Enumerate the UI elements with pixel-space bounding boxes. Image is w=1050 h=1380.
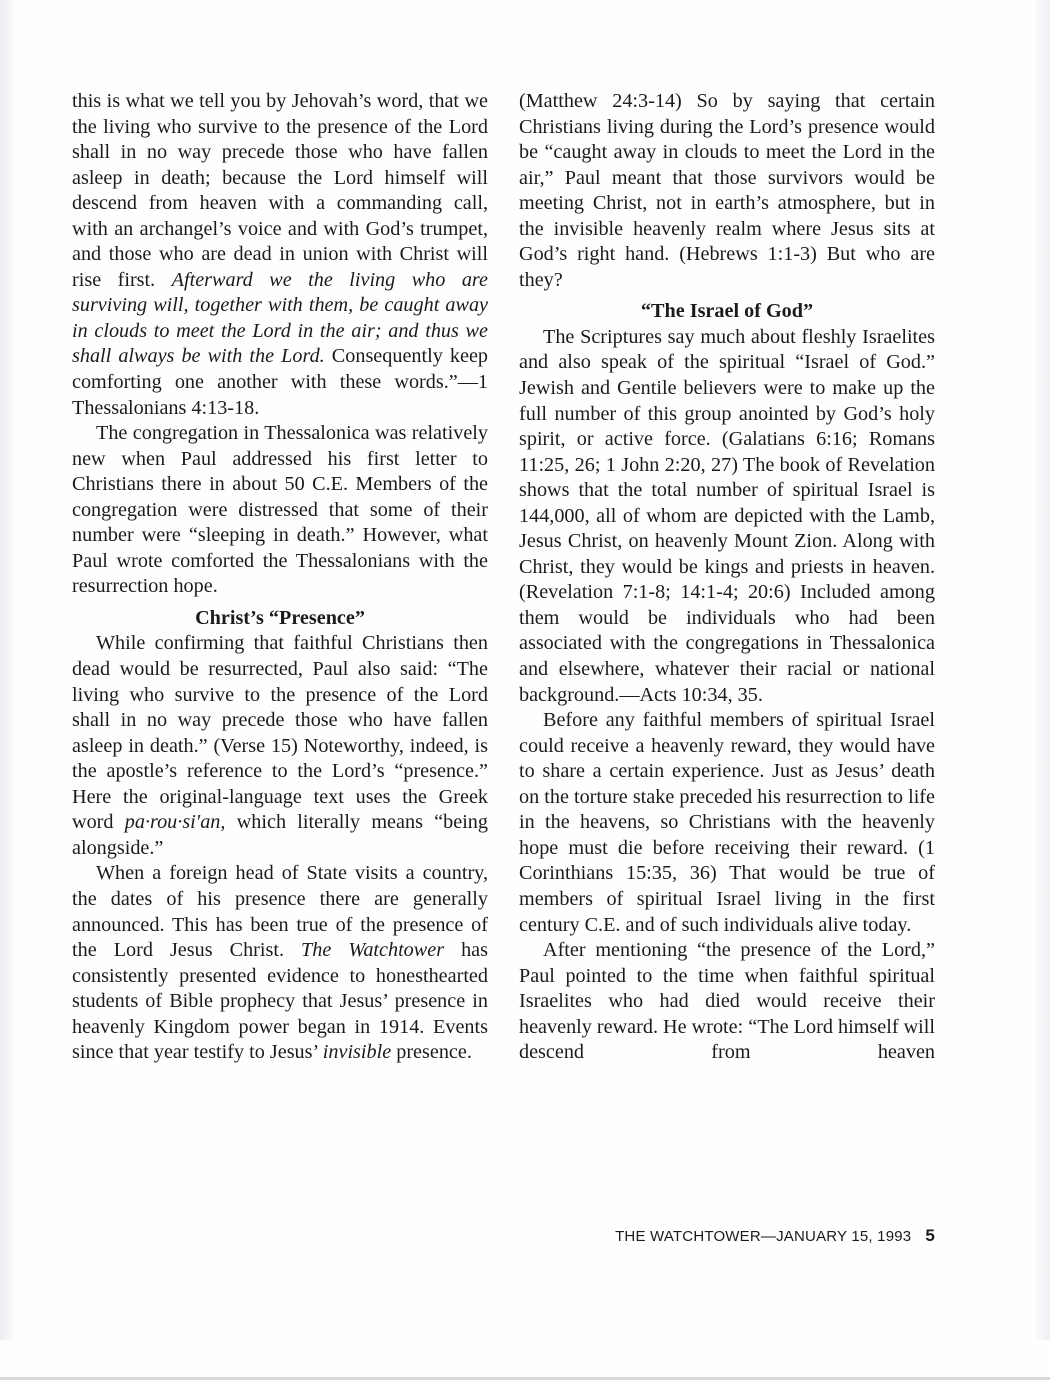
- publication-title: THE WATCHTOWER: [615, 1228, 761, 1245]
- paragraph: Before any faithful members of spiritual…: [519, 708, 935, 938]
- section-subheading: Christ’s “Presence”: [72, 600, 488, 632]
- text-run: (Matthew 24:3-14) So by saying that cert…: [519, 90, 935, 291]
- page-number: 5: [925, 1226, 935, 1246]
- paragraph: When a foreign head of State visits a co…: [72, 861, 488, 1065]
- scan-edge-left: [0, 0, 14, 1340]
- issue-date: JANUARY 15, 1993: [776, 1228, 911, 1245]
- text-run: After mentioning “the presence of the Lo…: [519, 939, 935, 1063]
- text-run: this is what we tell you by Jehovah’s wo…: [72, 90, 488, 291]
- text-run: Before any faithful members of spiritual…: [519, 709, 935, 935]
- italic-run: The Watchtower: [301, 939, 444, 961]
- italic-run: invisible: [323, 1041, 391, 1063]
- right-column: (Matthew 24:3-14) So by saying that cert…: [519, 89, 935, 1066]
- italic-run: pa·rou·si′an,: [125, 811, 226, 833]
- left-column: this is what we tell you by Jehovah’s wo…: [72, 89, 488, 1066]
- text-run: The Scriptures say much about fleshly Is…: [519, 326, 935, 706]
- text-run: presence.: [391, 1041, 472, 1063]
- paragraph: (Matthew 24:3-14) So by saying that cert…: [519, 89, 935, 293]
- section-subheading: “The Israel of God”: [519, 293, 935, 325]
- paragraph: this is what we tell you by Jehovah’s wo…: [72, 89, 488, 421]
- text-run: The congregation in Thessalonica was rel…: [72, 422, 488, 597]
- page-footer: THE WATCHTOWER—JANUARY 15, 19935: [615, 1226, 935, 1246]
- paragraph: The Scriptures say much about fleshly Is…: [519, 325, 935, 708]
- footer-separator: —: [761, 1228, 776, 1245]
- paragraph: While confirming that faithful Christian…: [72, 631, 488, 861]
- paragraph: After mentioning “the presence of the Lo…: [519, 938, 935, 1066]
- text-run: While confirming that faithful Christian…: [72, 632, 488, 833]
- scan-edge-right: [1036, 0, 1050, 1340]
- paragraph: The congregation in Thessalonica was rel…: [72, 421, 488, 600]
